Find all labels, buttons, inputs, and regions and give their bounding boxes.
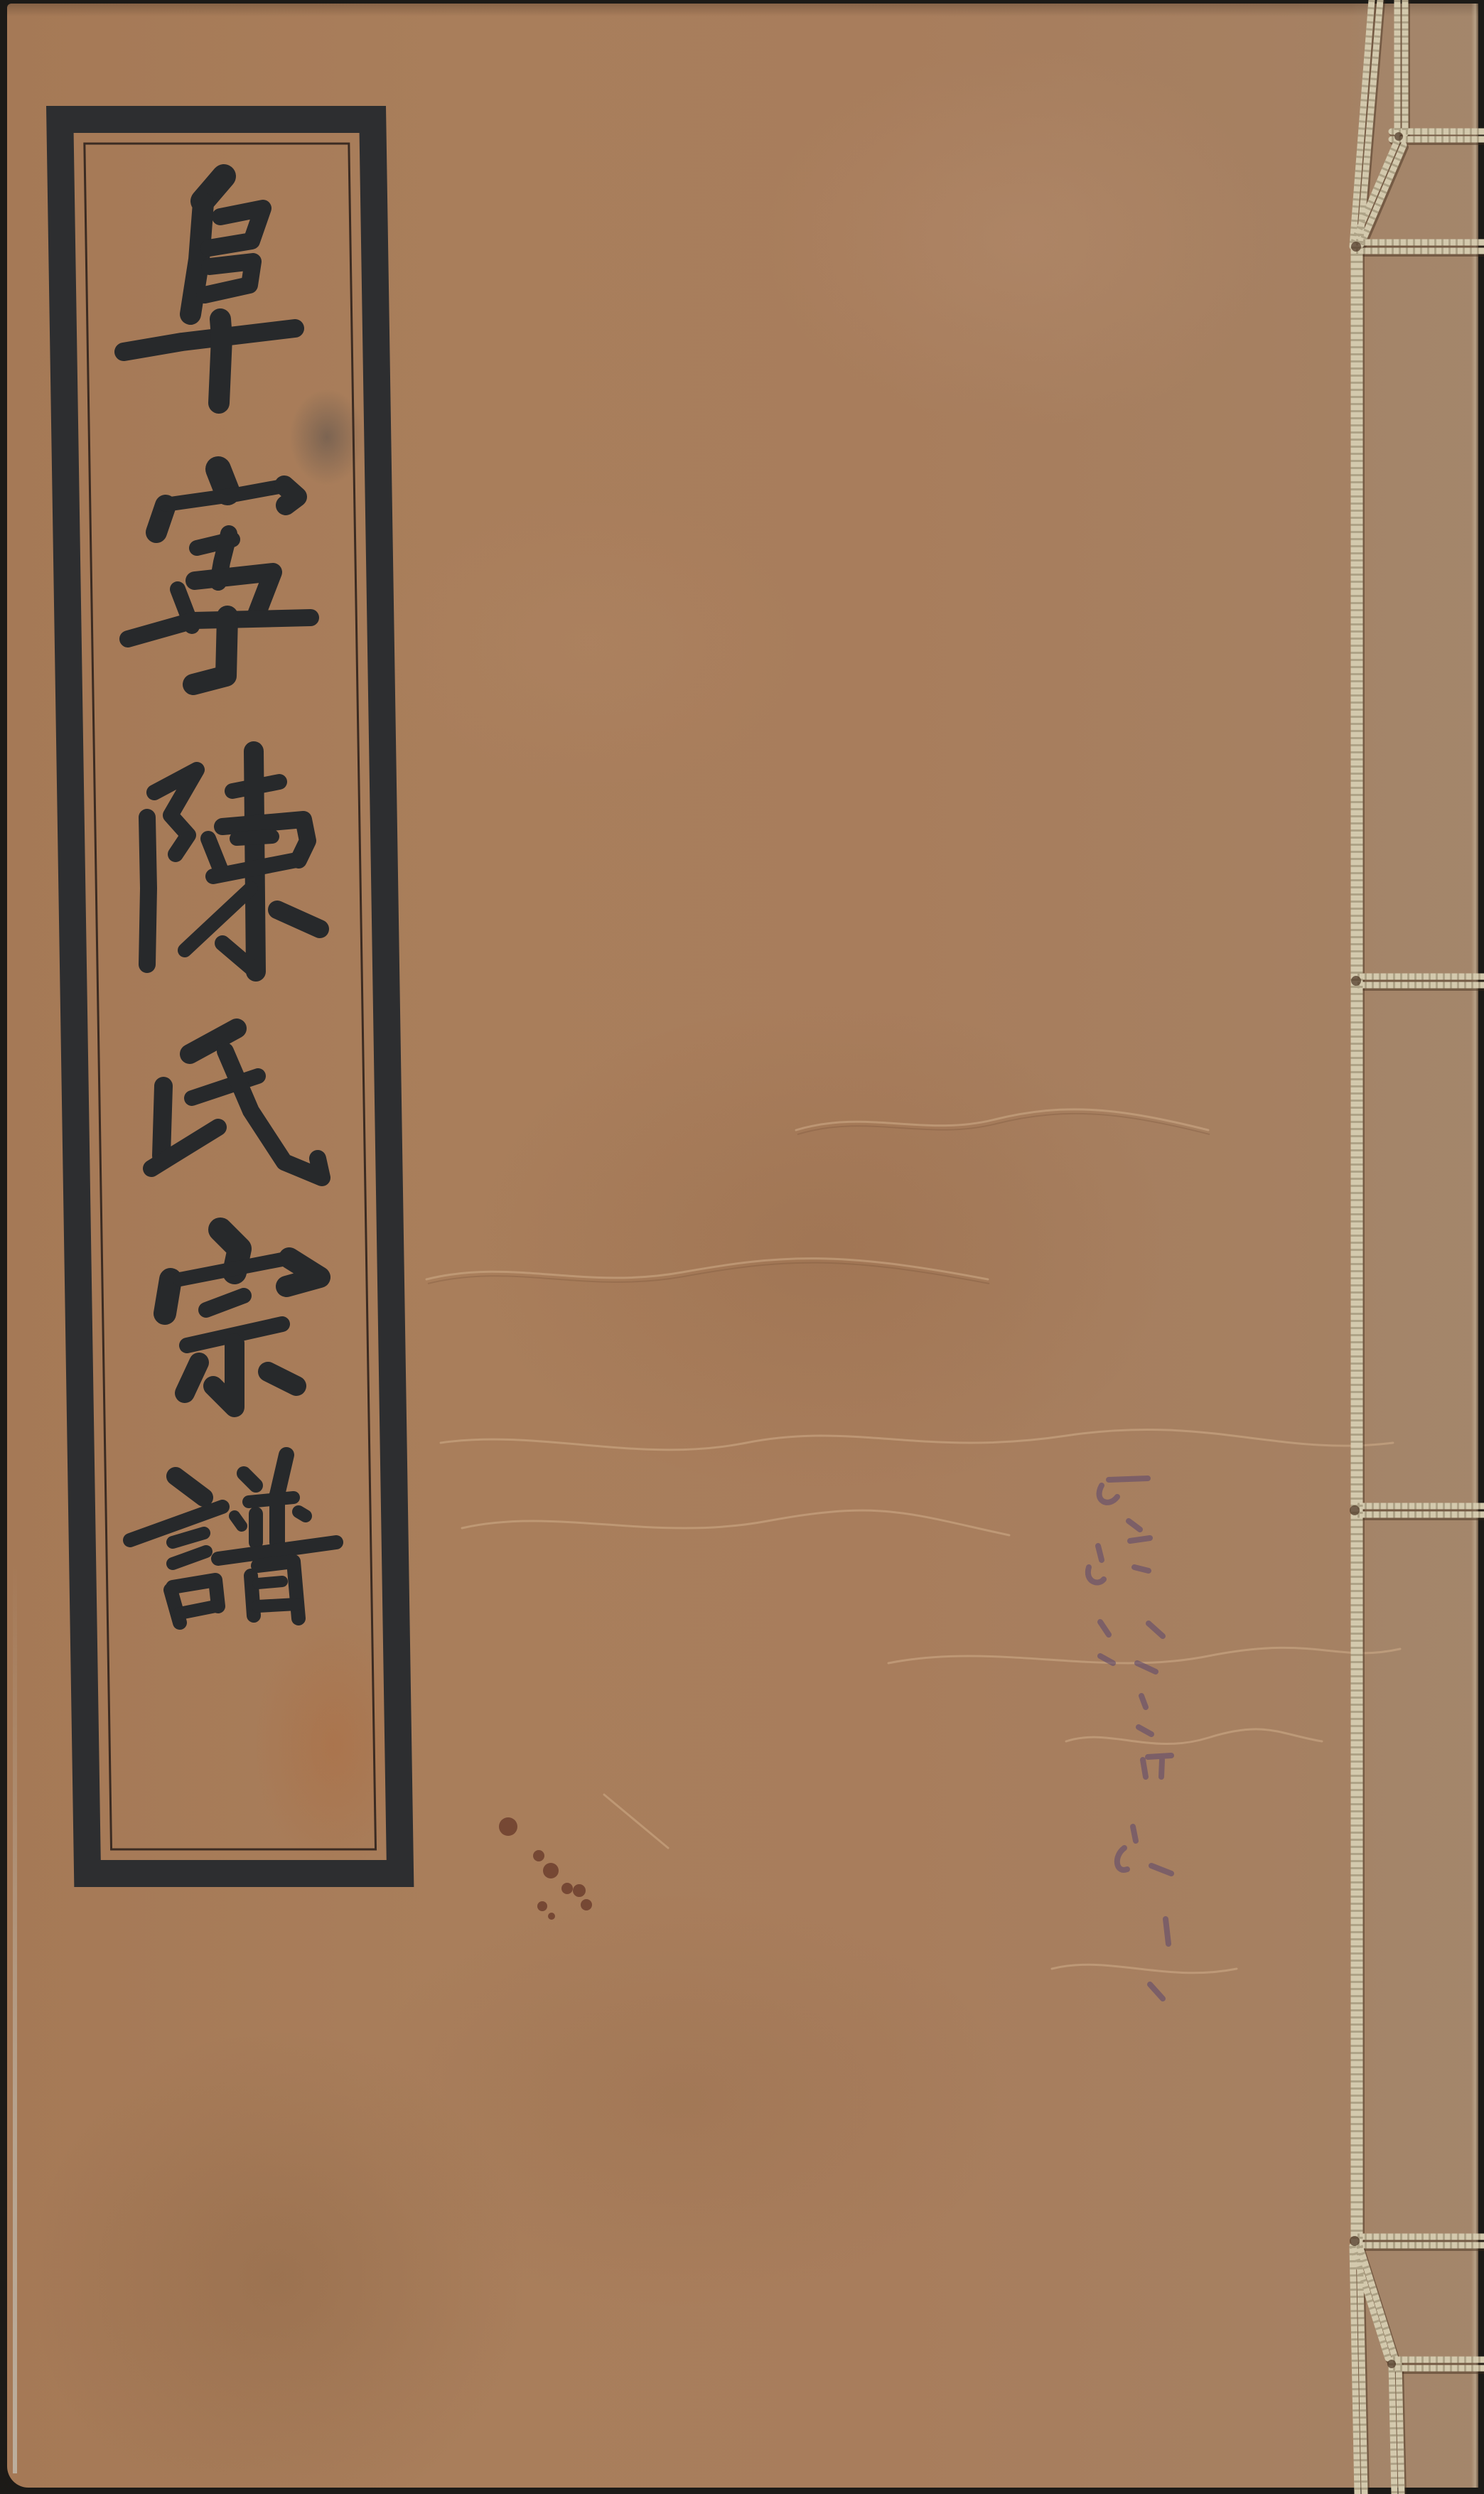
stain-spot — [561, 1883, 573, 1894]
stain-spot — [548, 1913, 555, 1920]
stain-spot — [543, 1863, 559, 1878]
crease-line — [604, 1795, 668, 1848]
handwriting-stroke — [1151, 1866, 1171, 1874]
handwriting-stroke — [1129, 1521, 1150, 1571]
thread-horizontal-stitches — [1356, 131, 1484, 2368]
book-cover-page: 阜 寧 陳 氏 宗 譜 — [0, 0, 1484, 2494]
title-char: 譜 — [135, 1439, 334, 1638]
stitch-hole — [1387, 2360, 1396, 2368]
stitch-hole — [1350, 2236, 1360, 2246]
binding-thread — [1353, 0, 1484, 2494]
crease-line — [1052, 1964, 1237, 1973]
binding-thread-shadow — [1354, 2, 1484, 2494]
title-char: 氏 — [140, 1007, 339, 1206]
crease-line — [462, 1510, 1009, 1535]
handwriting-stroke — [1139, 1696, 1151, 1734]
stain-spot — [573, 1884, 586, 1897]
handwriting-stroke — [1099, 1478, 1148, 1503]
stain-spot — [533, 1850, 544, 1861]
handwritten-annotation — [1088, 1478, 1171, 1999]
thread-twist — [1356, 131, 1484, 2368]
stitch-hole — [1394, 132, 1403, 141]
crease-line — [1066, 1729, 1322, 1744]
stain-spots — [499, 1817, 592, 1920]
handwriting-stroke — [1117, 1827, 1136, 1870]
handwriting-stroke — [1088, 1546, 1104, 1583]
title-char: 陳 — [130, 760, 329, 960]
crease-line — [441, 1429, 1393, 1449]
stain-spot — [499, 1817, 517, 1836]
stain-spot — [581, 1899, 592, 1910]
stain-spot — [537, 1901, 547, 1911]
handwriting-stroke — [1150, 1984, 1163, 1999]
thread-shadow-line — [1357, 134, 1484, 2370]
title-char: 宗 — [139, 1221, 338, 1420]
handwriting-stroke — [1100, 1622, 1113, 1663]
crease-line — [796, 1109, 1208, 1130]
thread-twist-texture — [1353, 0, 1484, 2494]
stitch-hole — [1351, 242, 1361, 252]
title-char: 寧 — [122, 477, 321, 676]
handwriting-stroke — [1143, 1756, 1171, 1777]
stitch-hole — [1350, 1505, 1360, 1515]
crease-line — [888, 1648, 1400, 1663]
paper-creases — [426, 1109, 1400, 1973]
title-char: 阜 — [111, 188, 310, 387]
handwriting-stroke — [1166, 1919, 1168, 1944]
handwriting-stroke — [1137, 1623, 1163, 1672]
stitch-hole — [1351, 976, 1361, 986]
